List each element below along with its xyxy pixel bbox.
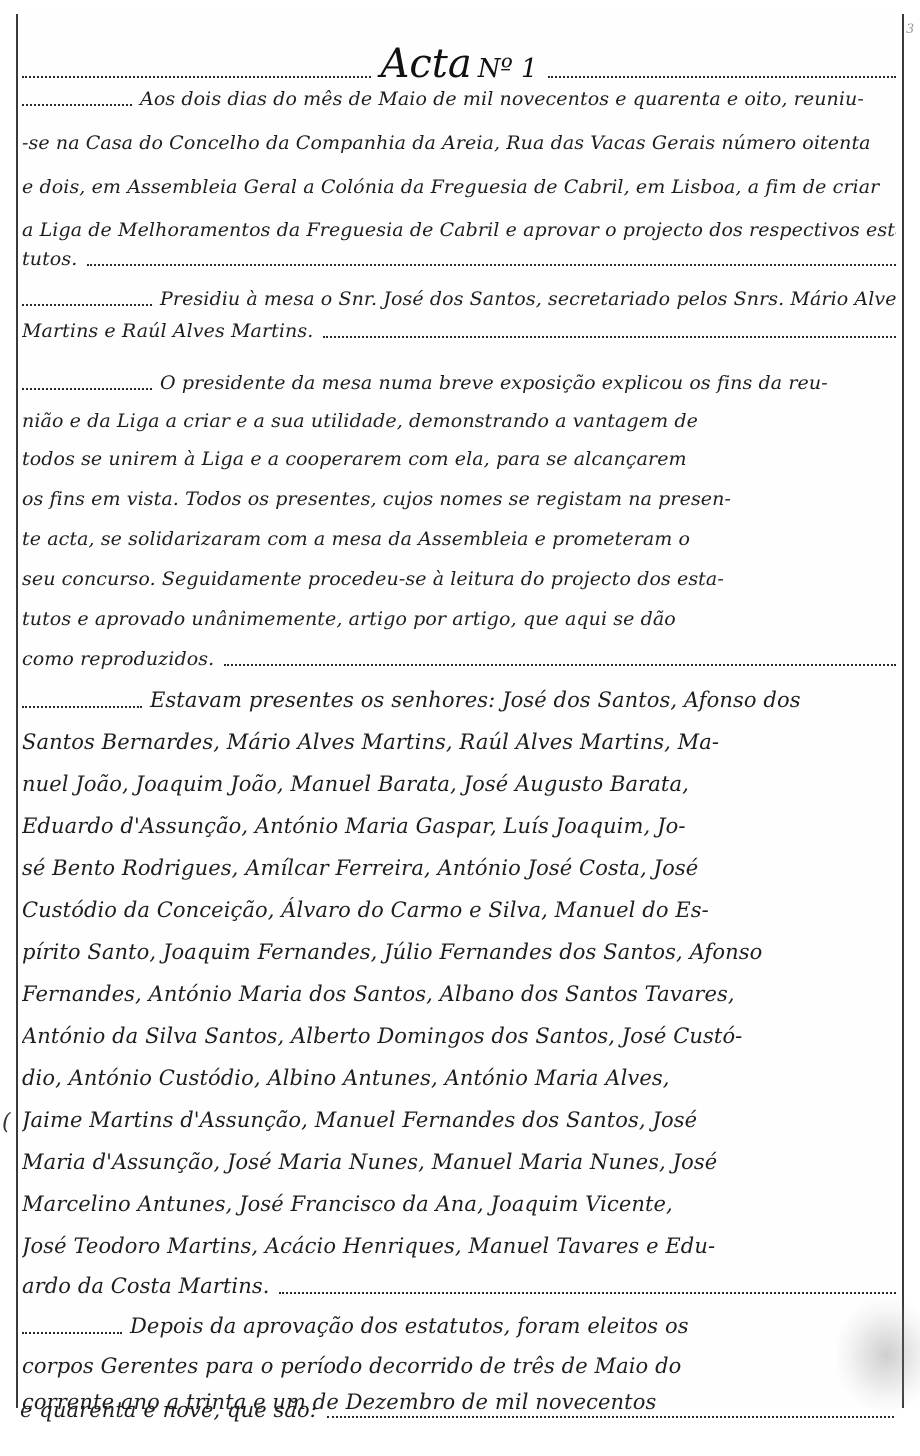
leader-dots [22,1331,122,1334]
text-line: e quarenta e nove, que são: [20,1388,894,1426]
leader-dots [22,705,142,708]
text-line: corpos Gerentes para o período decorrido… [22,1344,896,1382]
text-line: ardo da Costa Martins. [22,1264,896,1302]
leader-dots [22,303,152,306]
trailing-dots [323,335,896,338]
text-line: Aos dois dias do mês de Maio de mil nove… [22,76,896,114]
text-line: O presidente da mesa numa breve exposiçã… [22,360,896,398]
text-line: como reproduzidos. [22,636,896,674]
text-line: Fernandes, António Maria dos Santos, Alb… [22,972,896,1010]
text-line: Jaime Martins d'Assunção, Manuel Fernand… [22,1098,896,1136]
trailing-dots [87,263,896,266]
text-line: sé Bento Rodrigues, Amílcar Ferreira, An… [22,846,896,884]
text-line: Martins e Raúl Alves Martins. [22,308,896,346]
text-line: António da Silva Santos, Alberto Domingo… [22,1014,896,1052]
text-line: Depois da aprovação dos estatutos, foram… [22,1304,896,1342]
page-number: 3 [906,22,914,37]
ledger-page: ActaNº 1 Aos dois dias do mês de Maio de… [16,14,904,1408]
text-line: -se na Casa do Concelho da Companhia da … [22,120,896,158]
text-line: Marcelino Antunes, José Francisco da Ana… [22,1182,896,1220]
trailing-dots [327,1415,894,1418]
margin-mark: ( [2,1110,11,1135]
text-line: nião e da Liga a criar e a sua utilidade… [22,398,896,436]
text-line: tutos. [22,236,896,274]
text-line: Santos Bernardes, Mário Alves Martins, R… [22,720,896,758]
text-line: Eduardo d'Assunção, António Maria Gaspar… [22,804,896,842]
trailing-dots [224,663,896,666]
text-line: nuel João, Joaquim João, Manuel Barata, … [22,762,896,800]
trailing-dots [279,1291,896,1294]
text-line: dio, António Custódio, Albino Antunes, A… [22,1056,896,1094]
leader-dots [22,387,152,390]
text-line: e dois, em Assembleia Geral a Colónia da… [22,164,896,202]
text-line: os fins em vista. Todos os presentes, cu… [22,476,896,514]
leader-dots [22,103,132,106]
text-line: pírito Santo, Joaquim Fernandes, Júlio F… [22,930,896,968]
text-line: José Teodoro Martins, Acácio Henriques, … [22,1224,896,1262]
text-line: Maria d'Assunção, José Maria Nunes, Manu… [22,1140,896,1178]
text-line: seu concurso. Seguidamente procedeu-se à… [22,556,896,594]
text-line: Custódio da Conceição, Álvaro do Carmo e… [22,888,896,926]
text-line: tutos e aprovado unânimemente, artigo po… [22,596,896,634]
text-line: todos se unirem à Liga e a cooperarem co… [22,436,896,474]
text-line: Estavam presentes os senhores: José dos … [22,678,896,716]
text-line: te acta, se solidarizaram com a mesa da … [22,516,896,554]
